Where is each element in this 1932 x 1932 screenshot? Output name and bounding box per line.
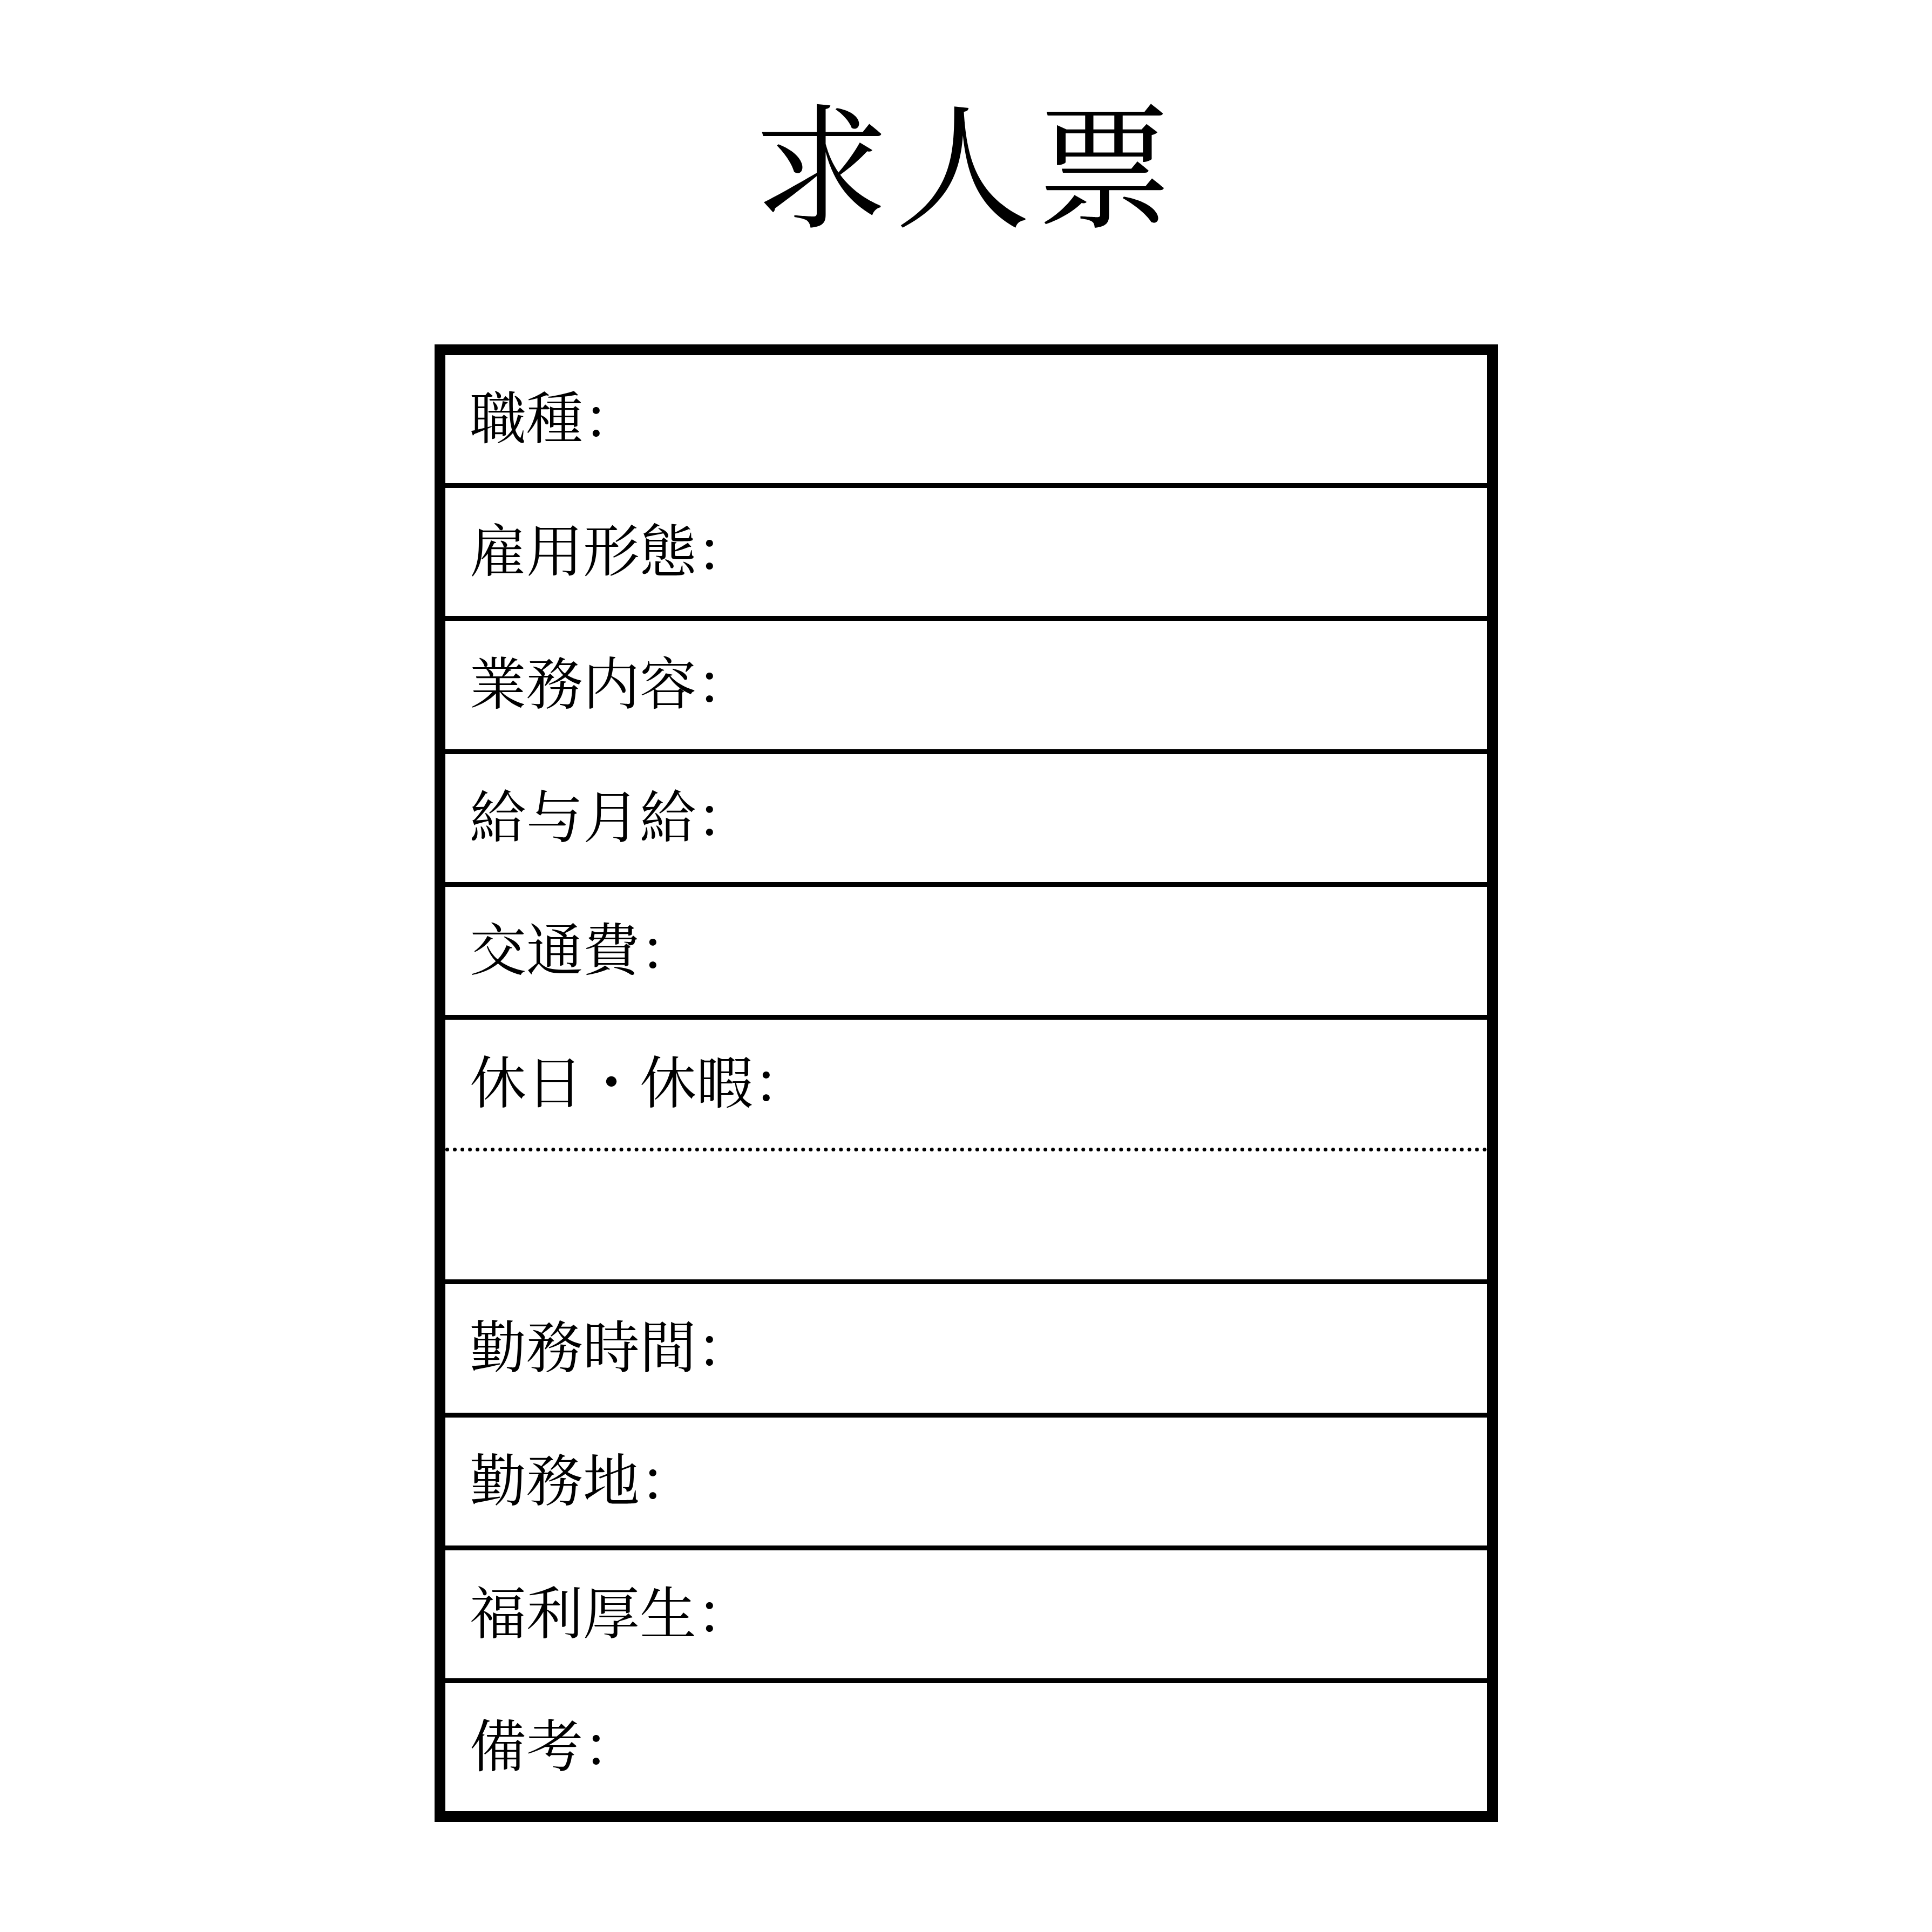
field-value-blank [753, 1284, 1487, 1412]
form-table: 職種： 雇用形態： 業務内容： 給与月給： 交通費： 休日・休暇： 勤務時間 [435, 344, 1498, 1822]
table-row-working-hours: 勤務時間： [445, 1284, 1487, 1417]
field-label-holidays: 休日・休暇： [470, 1055, 810, 1112]
table-row-transportation-fee: 交通費： [445, 887, 1487, 1020]
table-row-benefits: 福利厚生： [445, 1550, 1487, 1683]
table-row-job-type: 職種： [445, 355, 1487, 488]
field-value-blank [753, 1550, 1487, 1678]
field-label-work-location: 勤務地： [470, 1453, 696, 1510]
field-label-job-description: 業務内容： [470, 656, 753, 713]
field-label-job-type: 職種： [470, 391, 640, 448]
table-row-holidays: 休日・休暇： [445, 1020, 1487, 1151]
field-label-monthly-salary: 給与月給： [470, 790, 753, 846]
table-row-employment-type: 雇用形態： [445, 488, 1487, 621]
table-row-work-location: 勤務地： [445, 1418, 1487, 1550]
field-label-remarks: 備考： [470, 1719, 640, 1775]
field-label-benefits: 福利厚生： [470, 1586, 753, 1643]
field-value-blank [470, 1151, 1487, 1279]
field-value-blank [753, 488, 1487, 616]
field-label-working-hours: 勤務時間： [470, 1320, 753, 1377]
table-row-monthly-salary: 給与月給： [445, 754, 1487, 887]
field-value-blank [696, 1418, 1487, 1545]
page-title: 求人票 [0, 94, 1932, 250]
field-value-blank [810, 1020, 1487, 1148]
field-value-blank [753, 754, 1487, 882]
field-label-employment-type: 雇用形態： [470, 524, 753, 580]
field-value-blank [696, 887, 1487, 1015]
field-value-blank [753, 621, 1487, 749]
table-row-holidays-continuation [445, 1151, 1487, 1284]
table-row-job-description: 業務内容： [445, 621, 1487, 754]
job-posting-document: 求人票 職種： 雇用形態： 業務内容： 給与月給： 交通費： 休日・休暇： [0, 0, 1932, 1932]
field-value-blank [640, 355, 1487, 483]
field-label-transportation-fee: 交通費： [470, 923, 696, 979]
field-value-blank [640, 1683, 1487, 1811]
table-row-remarks: 備考： [445, 1683, 1487, 1811]
